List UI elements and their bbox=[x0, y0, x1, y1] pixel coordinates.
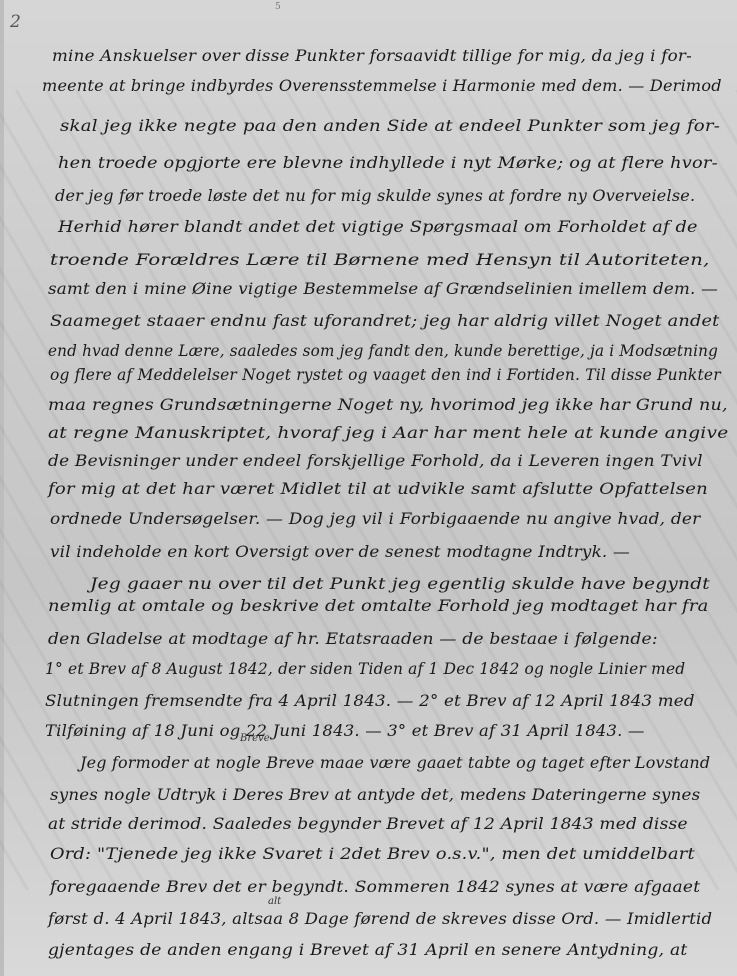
text-line: skal jeg ikke negte paa den anden Side a… bbox=[60, 117, 720, 135]
manuscript-page: 2 5 mine Anskuelser over disse Punkter f… bbox=[0, 0, 737, 976]
text-line: Jeg formoder at nogle Breve maae være ga… bbox=[80, 754, 710, 772]
text-line: mine Anskuelser over disse Punkter forsa… bbox=[52, 47, 692, 65]
page-number: 2 bbox=[10, 12, 21, 32]
text-line: synes nogle Udtryk i Deres Brev at antyd… bbox=[50, 786, 700, 804]
text-line: for mig at det har været Midlet til at u… bbox=[48, 480, 708, 498]
text-line: maa regnes Grundsætningerne Noget ny, hv… bbox=[48, 396, 728, 414]
text-line: Herhid hører blandt andet det vigtige Sp… bbox=[58, 218, 698, 236]
text-line: den Gladelse at modtage af hr. Etatsraad… bbox=[48, 630, 658, 648]
text-line: Jeg gaaer nu over til det Punkt jeg egen… bbox=[90, 575, 710, 593]
text-line: Saameget staaer endnu fast uforandret; j… bbox=[50, 312, 720, 330]
text-line: de Bevisninger under endeel forskjellige… bbox=[48, 452, 703, 470]
text-line: 1° et Brev af 8 August 1842, der siden T… bbox=[45, 660, 685, 678]
text-line: gjentages de anden engang i Brevet af 31… bbox=[48, 941, 688, 959]
text-line: ordnede Undersøgelser. — Dog jeg vil i F… bbox=[50, 510, 700, 528]
text-line: samt den i mine Øine vigtige Bestemmelse… bbox=[48, 280, 718, 298]
text-line: at regne Manuskriptet, hvoraf jeg i Aar … bbox=[48, 424, 728, 442]
text-line: nemlig at omtale og beskrive det omtalte… bbox=[48, 597, 709, 615]
text-line: vil indeholde en kort Oversigt over de s… bbox=[50, 543, 630, 561]
text-line: og flere af Meddelelser Noget rystet og … bbox=[50, 366, 721, 384]
text-line: hen troede opgjorte ere blevne indhylled… bbox=[58, 154, 718, 172]
interlinear-note: Breve bbox=[240, 733, 270, 744]
text-line: først d. 4 April 1843, altsaa 8 Dage før… bbox=[48, 910, 712, 928]
top-mark: 5 bbox=[275, 2, 281, 12]
text-line: Ord: "Tjenede jeg ikke Svaret i 2det Bre… bbox=[50, 845, 695, 863]
text-line: troende Forældres Lære til Børnene med H… bbox=[50, 251, 710, 269]
text-line: der jeg før troede løste det nu for mig … bbox=[55, 187, 695, 205]
text-line: end hvad denne Lære, saaledes som jeg fa… bbox=[48, 342, 718, 360]
text-line: Slutningen fremsendte fra 4 April 1843. … bbox=[45, 692, 695, 710]
page-edge bbox=[0, 0, 4, 976]
text-line: meente at bringe indbyrdes Overensstemme… bbox=[42, 77, 722, 95]
interlinear-note: alt bbox=[268, 896, 281, 907]
text-line: at stride derimod. Saaledes begynder Bre… bbox=[48, 815, 688, 833]
text-line: foregaaende Brev det er begyndt. Sommere… bbox=[50, 878, 700, 896]
text-line: Tilføining af 18 Juni og 22 Juni 1843. —… bbox=[45, 722, 645, 740]
